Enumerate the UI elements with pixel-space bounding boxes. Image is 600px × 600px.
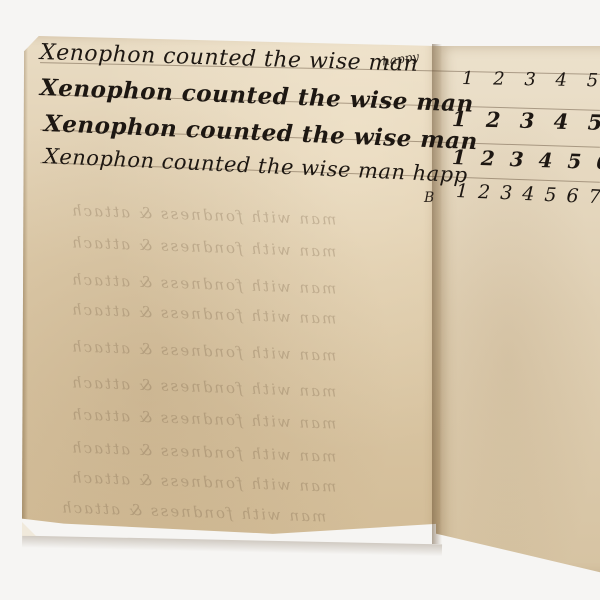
photo-scene: man with fondness & attach man with fond… — [0, 0, 600, 600]
book-gutter — [432, 44, 442, 544]
margin-annotation: B — [424, 190, 434, 206]
number-line: 1 2 3 4 5 6 — [462, 68, 600, 92]
dog-ear-corner — [22, 522, 36, 536]
page-edge — [22, 36, 28, 544]
book-shadow — [22, 536, 442, 557]
